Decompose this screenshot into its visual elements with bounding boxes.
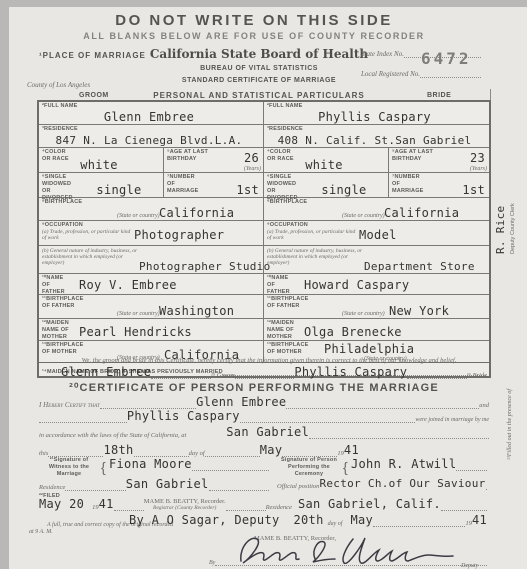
bureau-title: BUREAU OF VITAL STATISTICS: [149, 65, 369, 72]
occupation-b-label: (b) General nature of industry, business…: [42, 248, 142, 266]
groom-single: single: [79, 183, 159, 197]
performer-signature-label: Signature of Person Performing the Cerem…: [277, 457, 341, 478]
leader-line: [48, 446, 103, 457]
recorder-printed-name: MAME B. BEATTY, Recorder.: [144, 498, 226, 505]
occupation-label: ⁹OCCUPATION: [42, 222, 83, 229]
and-label: and: [479, 402, 489, 409]
particulars-table: ²FULL NAME Glenn Embree ²FULL NAME Phyll…: [37, 100, 491, 378]
leader-line: [309, 428, 489, 439]
groom-occupation-b-cell: (b) General nature of industry, business…: [39, 246, 264, 274]
county-label: County of Los Angeles: [27, 81, 90, 89]
witness-signature-label-block: ²¹Signature of Witness to the Marriage: [39, 457, 99, 478]
leader-line: [240, 412, 416, 423]
groom-full-name: Glenn Embree: [39, 110, 259, 124]
father-bp-label: ¹¹BIRTHPLACE OF FATHER: [42, 296, 82, 310]
clerk-title: Deputy County Clerk: [510, 89, 516, 254]
groom-single-half: ⁶SINGLE WIDOWED OR DIVORCED single: [39, 173, 164, 197]
bride-marriage-no: 1st: [389, 183, 485, 197]
mother-label: ¹²MAIDEN NAME OF MOTHER: [42, 320, 72, 341]
years-label: (Years): [244, 166, 261, 172]
clerk-signature: R. Rice: [494, 89, 507, 254]
leader-line: [226, 500, 266, 511]
bride-mother-cell: ¹²MAIDEN NAME OF MOTHER Olga Brenecke: [264, 319, 489, 341]
occupation-a-label: (a) Trade, profession, or particular kin…: [267, 229, 359, 241]
filed-year: 41: [99, 497, 114, 511]
mother-bp-label: ¹³BIRTHPLACE OF MOTHER: [267, 342, 307, 356]
performer-groom-name: Glenn Embree: [196, 395, 286, 409]
leader-line: [192, 460, 269, 471]
laws-of-california-label: in accordance with the laws of the State…: [39, 432, 186, 439]
birthplace-label: ⁸BIRTHPLACE: [267, 199, 307, 206]
particulars-heading: PERSONAL AND STATISTICAL PARTICULARS: [149, 91, 369, 100]
day-of-label: day of: [189, 450, 205, 457]
groom-residence-cell: ³RESIDENCE 847 N. La Cienega Blvd.L.A.: [39, 125, 264, 148]
bride-father-bp: New York: [389, 304, 485, 318]
performer-signature-label-block: Signature of Person Performing the Cerem…: [277, 457, 341, 478]
witness-name: Fiona Moore: [109, 457, 192, 471]
bride-occupation-a: Model: [359, 228, 485, 242]
groom-age: 26: [164, 151, 259, 165]
residence-label: ³RESIDENCE: [267, 126, 303, 133]
second-date-year: 41: [472, 513, 487, 527]
leader-line: [134, 446, 189, 457]
groom-father-cell: ¹⁰NAME OF FATHER Roy V. Embree: [39, 274, 264, 295]
bride-birthplace: California: [384, 206, 485, 220]
deputy-label: Deputy: [461, 563, 478, 569]
bride-mother-bp: Philadelphia: [324, 342, 485, 356]
groom-column-label: GROOM: [79, 92, 109, 99]
bride-age: 23: [389, 151, 485, 165]
leader-line: [151, 368, 211, 379]
performer-name: John R. Atwill: [351, 457, 456, 471]
bride-occupation-a-cell: ⁹OCCUPATION (a) Trade, profession, or pa…: [264, 221, 489, 246]
groom-tag: ¹⁵ Groom: [211, 372, 235, 379]
leader-line: [486, 479, 487, 490]
occupation-a-label: (a) Trade, profession, or particular kin…: [42, 229, 134, 241]
leader-line: [209, 480, 269, 491]
presence-note-block: ²³Filled out in the presence of: [507, 389, 513, 489]
father-bp-label: ¹¹BIRTHPLACE OF FATHER: [267, 296, 307, 310]
county-recorder-note: ALL BLANKS BELOW ARE FOR USE OF COUNTY R…: [9, 31, 499, 41]
occupation-label: ⁹OCCUPATION: [267, 222, 308, 229]
leader-line: [65, 480, 125, 491]
leader-line: [286, 398, 479, 409]
standard-certificate-title: STANDARD CERTIFICATE OF MARRIAGE: [149, 77, 369, 84]
groom-color: white: [39, 158, 159, 172]
father-label: ¹⁰NAME OF FATHER: [42, 275, 72, 296]
presence-note: ²³Filled out in the presence of: [507, 389, 513, 460]
bride-single-marriage-cell: ⁶SINGLE WIDOWED OR DIVORCED single ⁷NUMB…: [264, 173, 489, 198]
filed-date: May 20: [39, 497, 84, 511]
leader-line: [282, 446, 337, 457]
marriage-place: San Gabriel: [226, 425, 309, 439]
leader-line: [441, 500, 487, 511]
place-of-marriage-label: ¹PLACE OF MARRIAGE: [39, 51, 146, 60]
brace-glyph: {: [101, 459, 106, 475]
bride-father-cell: ¹⁰NAME OF FATHER Howard Caspary: [264, 274, 489, 295]
leader-line: [39, 412, 127, 423]
bride-father-bp-cell: ¹¹BIRTHPLACE OF FATHER (State or country…: [264, 295, 489, 319]
certificate-scan: { "header": { "line1": "DO NOT WRITE ON …: [0, 0, 527, 569]
leader-line: [114, 500, 144, 511]
groom-birthplace: California: [159, 206, 259, 220]
brace-glyph: {: [343, 459, 348, 475]
couple-certify-statement: We, the groom and bride in this Certific…: [49, 357, 489, 364]
leader-line: [407, 368, 467, 379]
joined-in-marriage-label: were joined in marriage by me: [415, 417, 489, 423]
bride-birthplace-cell: ⁸BIRTHPLACE (State or country) Californi…: [264, 198, 489, 221]
groom-father: Roy V. Embree: [79, 278, 259, 292]
official-position-label: Official position: [277, 483, 319, 490]
margin-clerk-block: R. Rice Deputy County Clerk: [490, 89, 516, 254]
groom-occupation-a: Photographer: [134, 228, 259, 242]
recorder-residence: San Gabriel, Calif.: [298, 497, 441, 511]
years-label: (Years): [470, 166, 487, 172]
marriage-year: 41: [344, 443, 359, 457]
groom-occupation-b: Photographer Studio: [139, 260, 259, 273]
state-index-number: 6472: [421, 49, 472, 68]
groom-residence: 847 N. La Cienega Blvd.L.A.: [39, 134, 259, 147]
witness-residence-label: Residence: [39, 484, 65, 491]
groom-mother: Pearl Hendricks: [79, 325, 259, 339]
groom-age-half: ⁵AGE AT LAST BIRTHDAY 26 (Years): [164, 148, 263, 172]
leader-line: [205, 446, 260, 457]
occupation-b-label: (b) General nature of industry, business…: [267, 248, 367, 266]
state-or-country-label: (State or country): [342, 311, 385, 317]
performer-bride-name: Phyllis Caspary: [127, 409, 240, 423]
groom-father-bp: Washington: [159, 304, 259, 318]
marriage-month: May: [260, 443, 283, 457]
performer-heading: ²⁰CERTIFICATE OF PERSON PERFORMING THE M…: [9, 381, 499, 394]
groom-color-age-cell: ⁴COLOR OR RACE white ⁵AGE AT LAST BIRTHD…: [39, 148, 264, 173]
bride-full-name: Phyllis Caspary: [264, 110, 485, 124]
state-index-label: State Index No.: [361, 50, 404, 58]
bride-residence-cell: ³RESIDENCE 408 N. Calif. St.San Gabriel: [264, 125, 489, 148]
leader-line: [100, 398, 196, 409]
bride-residence: 408 N. Calif. St.San Gabriel: [264, 134, 485, 147]
father-label: ¹⁰NAME OF FATHER: [267, 275, 297, 296]
birthplace-label: ⁸BIRTHPLACE: [42, 199, 82, 206]
official-position: Rector Ch.of Our Saviour: [319, 477, 485, 490]
bride-full-name-cell: ²FULL NAME Phyllis Caspary: [264, 102, 489, 125]
bride-marriage-no-half: ⁷NUMBER OF MARRIAGE 1st: [389, 173, 489, 197]
local-registered-label: Local Registered No.: [361, 70, 420, 78]
bride-mother: Olga Brenecke: [304, 325, 485, 339]
state-or-country-label: (State or country): [117, 213, 160, 219]
bride-father: Howard Caspary: [304, 278, 485, 292]
groom-color-half: ⁴COLOR OR RACE white: [39, 148, 164, 172]
bride-single-half: ⁶SINGLE WIDOWED OR DIVORCED single: [264, 173, 389, 197]
groom-marriage-no: 1st: [164, 183, 259, 197]
local-registered-line: [420, 67, 481, 78]
leader-line: [235, 368, 295, 379]
groom-single-marriage-cell: ⁶SINGLE WIDOWED OR DIVORCED single ⁷NUMB…: [39, 173, 264, 198]
groom-occupation-a-cell: ⁹OCCUPATION (a) Trade, profession, or pa…: [39, 221, 264, 246]
groom-father-bp-cell: ¹¹BIRTHPLACE OF FATHER (State or country…: [39, 295, 264, 319]
groom-certify-signature: Glenn Embree: [61, 365, 151, 379]
bride-age-half: ⁵AGE AT LAST BIRTHDAY 23 (Years): [389, 148, 489, 172]
groom-mother-cell: ¹²MAIDEN NAME OF MOTHER Pearl Hendricks: [39, 319, 264, 341]
hereby-certify-label: I Hereby Certify that: [39, 401, 100, 409]
bride-occupation-b: Department Store: [364, 260, 485, 273]
bride-color-age-cell: ⁴COLOR OR RACE white ⁵AGE AT LAST BIRTHD…: [264, 148, 489, 173]
bride-column-label: BRIDE: [427, 92, 451, 99]
state-or-country-label: (State or country): [117, 311, 160, 317]
certificate-paper: DO NOT WRITE ON THIS SIDE ALL BLANKS BEL…: [9, 7, 527, 569]
marriage-day: 18th: [103, 443, 133, 457]
mother-bp-label: ¹³BIRTHPLACE OF MOTHER: [42, 342, 82, 356]
bride-color: white: [264, 158, 384, 172]
bride-certify-signature: Phyllis Caspary: [294, 365, 407, 379]
leader-line: [456, 460, 487, 471]
witness-signature-label: ²¹Signature of Witness to the Marriage: [39, 457, 99, 478]
full-name-label: ²FULL NAME: [42, 103, 78, 110]
full-name-label: ²FULL NAME: [267, 103, 303, 110]
bride-occupation-b-cell: (b) General nature of industry, business…: [264, 246, 489, 274]
residence-label: ³RESIDENCE: [42, 126, 78, 133]
bride-color-half: ⁴COLOR OR RACE white: [264, 148, 389, 172]
mother-label: ¹²MAIDEN NAME OF MOTHER: [267, 320, 297, 341]
deputy-handwritten-signature: [231, 525, 467, 567]
do-not-write-heading: DO NOT WRITE ON THIS SIDE: [9, 12, 499, 29]
registrar-label: Registrar (County Recorder): [144, 505, 226, 511]
board-of-health-title: California State Board of Health: [149, 47, 369, 61]
bride-single: single: [304, 183, 384, 197]
this-label: this: [39, 450, 48, 457]
witness-residence: San Gabriel: [126, 477, 209, 491]
groom-marriage-no-half: ⁷NUMBER OF MARRIAGE 1st: [164, 173, 263, 197]
bride-tag: ¹⁶ Bride: [467, 372, 487, 379]
groom-full-name-cell: ²FULL NAME Glenn Embree: [39, 102, 264, 125]
recorder-residence-label: Residence: [266, 504, 292, 511]
at-time-note: at 9 A. M.: [29, 529, 53, 535]
groom-birthplace-cell: ⁸BIRTHPLACE (State or country) Californi…: [39, 198, 264, 221]
state-or-country-label: (State or country): [342, 213, 385, 219]
